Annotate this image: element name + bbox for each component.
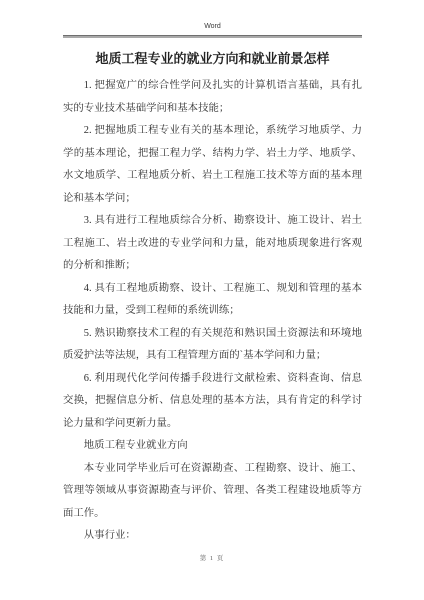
header-divider bbox=[63, 35, 362, 38]
document-title: 地质工程专业的就业方向和就业前景怎样 bbox=[63, 49, 362, 69]
paragraph-industry-lead: 从事行业： bbox=[63, 525, 362, 548]
paragraph-skill-5: 5. 熟识勘察技术工程的有关规范和熟识国土资源法和环境地质爱护法等法规，具有工程… bbox=[63, 323, 362, 368]
section-heading-employment-direction: 地质工程专业就业方向 bbox=[63, 435, 362, 458]
app-label: Word bbox=[204, 22, 221, 31]
document-body: 地质工程专业的就业方向和就业前景怎样 1. 把握宽广的综合性学问及扎实的计算机语… bbox=[63, 49, 362, 548]
document-page: Word 地质工程专业的就业方向和就业前景怎样 1. 把握宽广的综合性学问及扎实… bbox=[0, 0, 424, 600]
paragraph-skill-6: 6. 利用现代化学问传播手段进行文献检索、资料查询、信息交换，把握信息分析、信息… bbox=[63, 368, 362, 436]
paragraph-skill-1: 1. 把握宽广的综合性学问及扎实的计算机语言基础，具有扎实的专业技术基础学问和基… bbox=[63, 75, 362, 120]
paragraph-skill-4: 4. 具有工程地质勘察、设计、工程施工、规划和管理的基本技能和力量，受到工程师的… bbox=[63, 278, 362, 323]
paragraph-skill-2: 2. 把握地质工程专业有关的基本理论，系统学习地质学、力学的基本理论，把握工程力… bbox=[63, 120, 362, 210]
paragraph-skill-3: 3. 具有进行工程地质综合分析、勘察设计、施工设计、岩土工程施工、岩土改进的专业… bbox=[63, 210, 362, 278]
page-number: 第 1 页 bbox=[0, 553, 424, 562]
doc-header: Word bbox=[63, 0, 362, 38]
paragraph-employment-fields: 本专业同学毕业后可在资源勘查、工程勘察、设计、施工、管理等领域从事资源勘查与评价… bbox=[63, 458, 362, 526]
